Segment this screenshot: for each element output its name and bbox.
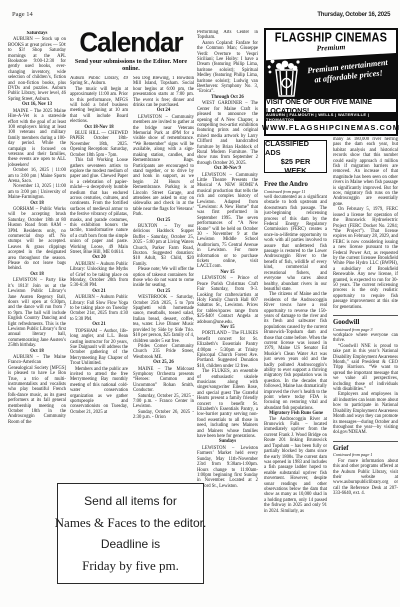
paragraph: AUBURN – The Maine Franco-American Genea… [8, 355, 66, 425]
paragraph: The music will begin at approximately 11… [70, 87, 128, 125]
paragraph: Please note; We will offer the option of… [133, 267, 194, 289]
paragraph: “Goodwill NNE is proud to take part in t… [333, 344, 398, 393]
article-heading: Free the AndroContinued from page 11 [264, 181, 327, 194]
continued-from-note: Continued from page 1 [333, 452, 398, 458]
paragraph: Performing Arts Center in Topsham. [197, 30, 258, 41]
paragraph: LEWISTON – Prince of Peace Parish Christ… [197, 276, 258, 325]
ad-black-band: Premium entertainment at affordable pric… [266, 53, 396, 98]
article-heading: GriefContinued from page 1 [333, 445, 398, 458]
paragraph: LEWISTON – Community Little Theatre Pres… [197, 173, 258, 270]
submission-box-text: to the editor. [137, 516, 206, 530]
page-number: Page 14 [12, 11, 33, 18]
paragraph: BLUE HILL — CHEWED PAPER October 18th-No… [70, 131, 128, 158]
paragraph: Saturday, October 25, 2025 - 7:00 p.m. -… [133, 394, 194, 410]
paragraph: Sunday, October 26, 2025 - 2:30 p.m. - O… [133, 410, 194, 421]
paragraph: This fall Working Loose gathers seventee… [70, 158, 128, 255]
calendar-masthead: Calendar Send your submissions to the Ed… [66, 28, 196, 74]
paragraph: The Androscoggin River at Brunswick Fall… [264, 417, 327, 514]
continued-from-note: Continued from page 11 [264, 189, 327, 195]
submission-box-line: Send all items for [84, 491, 177, 512]
paragraph: LEWISTON – Lewiston Farmers’ Market held… [197, 446, 258, 489]
paragraph: MAINE – The Midcoast Symphony Orchestra … [133, 367, 194, 394]
article-heading: GoodwillContinued from page 3 [333, 319, 398, 332]
paragraph: On February 5, 1979, FERC issued a licen… [333, 207, 398, 310]
paragraph: WESTBROOK – Saturday, October 25th 2025,… [133, 295, 194, 344]
submission-box-line: Deadline is [101, 534, 160, 555]
section-divider [333, 441, 398, 442]
paragraph: Aaron Copland: Fanfare for the Common Ma… [197, 41, 258, 95]
classified-line-1: CLASSIFIED ADS [265, 139, 326, 157]
calendar-title: Calendar [66, 27, 196, 56]
paragraph: AUBURN — Stock up on BOOKS at great pric… [8, 37, 66, 102]
ad-locations: AUBURN | FALMOUTH | WELLS | WATERVILLE |… [266, 113, 396, 121]
newspaper-page: Page 14 Thursday, October 16, 2025 Calen… [0, 0, 400, 607]
paragraph: The FLUKES, an ensemble of enthusiastic … [197, 369, 258, 439]
paragraph: TOPSHAM – Author, life-long angler, and … [70, 329, 128, 367]
paragraph: The citizens of Maine and the residents … [264, 292, 327, 411]
ad-logo-band: FLAGSHIP CINEMAS Premium [266, 30, 396, 53]
ad-cta: VISIT ONE OF OUR FIVE MAINE LOCATIONS! [266, 98, 396, 113]
paragraph: Prides Corner Community Church 235 Pride… [133, 344, 194, 360]
paragraph: well documented as a significant obstacl… [264, 195, 327, 292]
paragraph: October 16, 2025 | 11:00 am to 3:00 pm |… [8, 168, 66, 184]
calendar-subtitle: Send your submissions to the Editor. Mor… [66, 58, 196, 72]
paragraph: For more information about this and othe… [333, 459, 398, 497]
submission-box-text: Send all items for [84, 494, 177, 508]
submission-box-text: Deadline is [101, 537, 160, 551]
article-column-left: Free the AndroContinued from page 11well… [264, 178, 327, 591]
sub-heading: Migratory Fish Runs Gone [264, 411, 327, 416]
calendar-column-2: Auburn Public Library, 49 Spring St., Au… [70, 76, 128, 482]
paragraph: Auburn Public Library, 49 Spring St., Au… [70, 76, 128, 87]
submission-box-line: Names & Faces to the editor. [55, 512, 207, 534]
paragraph: LEWISTON – Community members are invited… [133, 115, 194, 218]
paragraph: PORTLAND – The FLUKES benefit concert fo… [197, 331, 258, 369]
paragraph: Sea Dog Brewing, 1 Bowdoin Mill Island, … [133, 76, 194, 108]
submission-box-text: Names & Faces [55, 515, 137, 530]
names-and-faces-submission-box: Send all items forNames & Faces to the e… [57, 483, 204, 584]
flagship-cinemas-ad: FLAGSHIP CINEMAS Premium [264, 28, 398, 136]
article-title: Goodwill [333, 319, 398, 327]
paragraph: many as 180,000 river herring pass the d… [333, 137, 398, 207]
calendar-column-3: Sea Dog Brewing, 1 Bowdoin Mill Island, … [133, 76, 194, 482]
popcorn-bucket-icon [267, 52, 303, 98]
paragraph: MAINE – The 2025 Maine Hire-A-Vet is a s… [8, 109, 66, 168]
paragraph: GORHAM – Public Works will be accepting … [8, 207, 66, 272]
article-title: Free the Andro [264, 181, 327, 189]
submission-box-text: Friday by five pm. [82, 558, 179, 573]
classified-line-2: $25 PER [281, 157, 311, 166]
article-column-right: many as 180,000 river herring pass the d… [333, 137, 398, 593]
paragraph: BUXTON – Try our delicious Haddock Suppe… [133, 224, 194, 267]
paragraph: WEST GARDINER – The Center for Maine Cra… [197, 101, 258, 166]
paragraph: AUBURN – Auburn Public Library: Fall Slo… [70, 295, 128, 322]
paragraph: AUBURN – Auburn Public Library: Unlockin… [70, 262, 128, 289]
paragraph: LEWISTON – Party like it’s 1813! Join us… [8, 278, 66, 348]
submission-box-line: Friday by five pm. [82, 555, 179, 577]
ad-tagline: Premium entertainment at affordable pric… [301, 57, 394, 86]
ad-website: WWW.FLAGSHIPCINEMAS.COM [266, 121, 396, 134]
classified-ads-box: CLASSIFIED ADS $25 PER WEEK [264, 140, 327, 173]
calendar-column-1: SaturdaysAUBURN — Stock up on BOOKS at g… [8, 31, 66, 481]
paragraph: November 13, 2025 | 11:00 am to 3:00 pm … [8, 184, 66, 200]
paragraph: Employers and employees in all industrie… [333, 392, 398, 435]
section-divider [333, 315, 398, 316]
paragraph: workplace where everyone can thrive. [333, 333, 398, 344]
continued-from-note: Continued from page 3 [333, 327, 398, 333]
paragraph: Members and the public are invited to at… [70, 367, 128, 416]
classified-line-3: WEEK [284, 166, 306, 175]
calendar-column-4: Performing Arts Center in Topsham.Aaron … [197, 30, 258, 593]
page-date: Thursday, October 16, 2025 [317, 11, 390, 18]
article-title: Grief [333, 445, 398, 453]
